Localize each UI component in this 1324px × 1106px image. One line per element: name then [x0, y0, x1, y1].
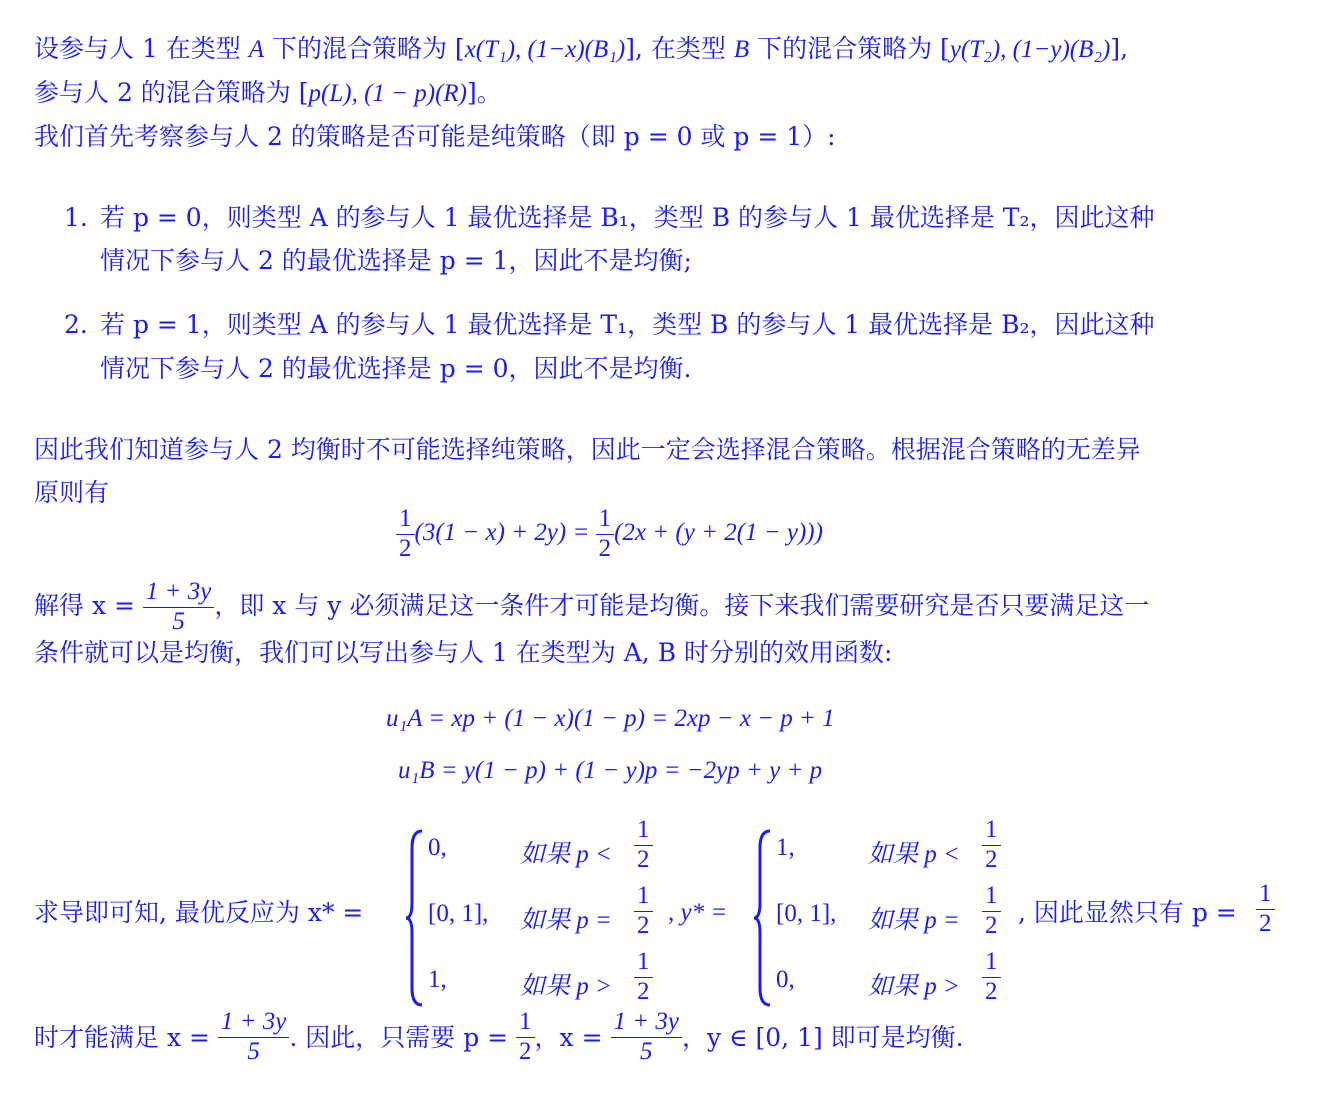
condition: 如果 p > [868, 966, 960, 1002]
numerator: 1 + 3y [611, 1008, 682, 1038]
denominator: 2 [1256, 910, 1275, 939]
fraction-half: 12 [634, 882, 653, 941]
text: 下的混合策略为 [ [264, 34, 465, 63]
fraction-x: 1 + 3y5 [611, 1008, 682, 1067]
denominator: 2 [634, 846, 653, 875]
numerator: 1 [1256, 880, 1275, 910]
condition: 如果 p > [520, 966, 612, 1002]
numerator: 1 [634, 816, 653, 846]
text: 时才能满足 x = [34, 1023, 218, 1052]
utility-u1B: u₁B = y(1 − p) + (1 − y)p = −2yp + y + p [398, 758, 822, 783]
value: 1, [776, 834, 795, 862]
solve-line-2: 条件就可以是均衡，我们可以写出参与人 1 在类型为 A, B 时分别的效用函数: [34, 640, 892, 665]
denominator: 2 [982, 912, 1001, 941]
math-B: B [734, 36, 749, 63]
fraction-half: 12 [634, 948, 653, 1007]
solve-line-1: 解得 x = 1 + 3y5，即 x 与 y 必须满足这一条件才可能是均衡。接下… [34, 578, 1149, 637]
condition: 如果 p < [520, 834, 612, 870]
numerator: 1 [982, 816, 1001, 846]
value: [0, 1], [776, 900, 836, 928]
fraction-x: 1 + 3y5 [143, 578, 214, 637]
text: . 因此，只需要 p = [289, 1023, 516, 1052]
fraction-half: 12 [396, 505, 415, 564]
fraction-half: 12 [516, 1008, 535, 1067]
case-2-line-1: 若 p = 1，则类型 A 的参与人 1 最优选择是 T₁，类型 B 的参与人 … [100, 312, 1155, 337]
numerator: 1 [634, 882, 653, 912]
numerator: 1 [982, 948, 1001, 978]
numerator: 1 [516, 1008, 535, 1038]
denominator: 5 [611, 1038, 682, 1067]
text: 设参与人 1 在类型 [34, 34, 249, 63]
numerator: 1 [982, 882, 1001, 912]
fraction-half: 12 [982, 882, 1001, 941]
case-2-number: 2. [64, 312, 88, 337]
math-strategy-B: y(T₂), (1−y)(B₂) [950, 36, 1111, 63]
fraction-half: 12 [982, 816, 1001, 875]
text: ], 在类型 [625, 34, 734, 63]
denominator: 5 [218, 1038, 289, 1067]
condition: 如果 p = [520, 900, 612, 936]
value: 1, [428, 966, 447, 994]
text: ], [1110, 34, 1128, 63]
equation-left: (3(1 − x) + 2y) = [415, 519, 596, 546]
conclusion-line-1: 因此我们知道参与人 2 均衡时不可能选择纯策略，因此一定会选择混合策略。根据混合… [34, 437, 1141, 462]
text: ，x = [535, 1023, 611, 1052]
fraction-half: 12 [982, 948, 1001, 1007]
case-1-line-2: 情况下参与人 2 的最优选择是 p = 1，因此不是均衡; [100, 248, 692, 273]
numerator: 1 [634, 948, 653, 978]
denominator: 5 [143, 608, 214, 637]
left-brace-icon [752, 828, 774, 1008]
fraction-x: 1 + 3y5 [218, 1008, 289, 1067]
math-strategy-A: x(T₁), (1−x)(B₁) [465, 36, 626, 63]
intro-line-3: 我们首先考察参与人 2 的策略是否可能是纯策略（即 p = 0 或 p = 1）… [34, 124, 836, 149]
math-strategy-player2: p(L), (1 − p)(R) [309, 80, 468, 107]
text: ]。 [467, 78, 502, 107]
denominator: 2 [982, 846, 1001, 875]
left-brace-icon [404, 828, 426, 1008]
final-line: 时才能满足 x = 1 + 3y5. 因此，只需要 p = 12，x = 1 +… [34, 1008, 964, 1067]
denominator: 2 [634, 912, 653, 941]
numerator: 1 + 3y [143, 578, 214, 608]
text: 解得 x = [34, 591, 143, 620]
numerator: 1 + 3y [218, 1008, 289, 1038]
case-1-number: 1. [64, 205, 88, 230]
math-A: A [249, 36, 264, 63]
value: 0, [428, 834, 447, 862]
condition: 如果 p < [868, 834, 960, 870]
case-1-line-1: 若 p = 0，则类型 A 的参与人 1 最优选择是 B₁，类型 B 的参与人 … [100, 205, 1155, 230]
text: 参与人 2 的混合策略为 [ [34, 78, 309, 107]
intro-line-1: 设参与人 1 在类型 A 下的混合策略为 [x(T₁), (1−x)(B₁)],… [34, 36, 1128, 62]
conclusion-line-2: 原则有 [34, 480, 109, 505]
condition: 如果 p = [868, 900, 960, 936]
denominator: 2 [982, 978, 1001, 1007]
denominator: 2 [516, 1038, 535, 1067]
indifference-equation: 12(3(1 − x) + 2y) = 12(2x + (y + 2(1 − y… [396, 505, 823, 564]
denominator: 2 [396, 535, 415, 564]
denominator: 2 [634, 978, 653, 1007]
case-2-line-2: 情况下参与人 2 的最优选择是 p = 0，因此不是均衡. [100, 356, 691, 381]
text: ，即 x 与 y 必须满足这一条件才可能是均衡。接下来我们需要研究是否只要满足这… [214, 591, 1149, 620]
equation-right: (2x + (y + 2(1 − y))) [614, 519, 823, 546]
text: 下的混合策略为 [ [749, 34, 950, 63]
value: 0, [776, 966, 795, 994]
best-response-mid: , y* = [668, 900, 727, 925]
fraction-half: 12 [634, 816, 653, 875]
utility-u1A: u₁A = xp + (1 − x)(1 − p) = 2xp − x − p … [386, 706, 835, 731]
numerator: 1 [396, 505, 415, 535]
numerator: 1 [596, 505, 615, 535]
best-response-pre: 求导即可知, 最优反应为 x* = [34, 900, 363, 925]
value: [0, 1], [428, 900, 488, 928]
fraction-half: 12 [1256, 880, 1275, 939]
intro-line-2: 参与人 2 的混合策略为 [p(L), (1 − p)(R)]。 [34, 80, 502, 106]
denominator: 2 [596, 535, 615, 564]
best-response-post: , 因此显然只有 p = [1018, 900, 1237, 925]
fraction-half: 12 [596, 505, 615, 564]
text: ，y ∈ [0, 1] 即可是均衡. [682, 1023, 964, 1052]
